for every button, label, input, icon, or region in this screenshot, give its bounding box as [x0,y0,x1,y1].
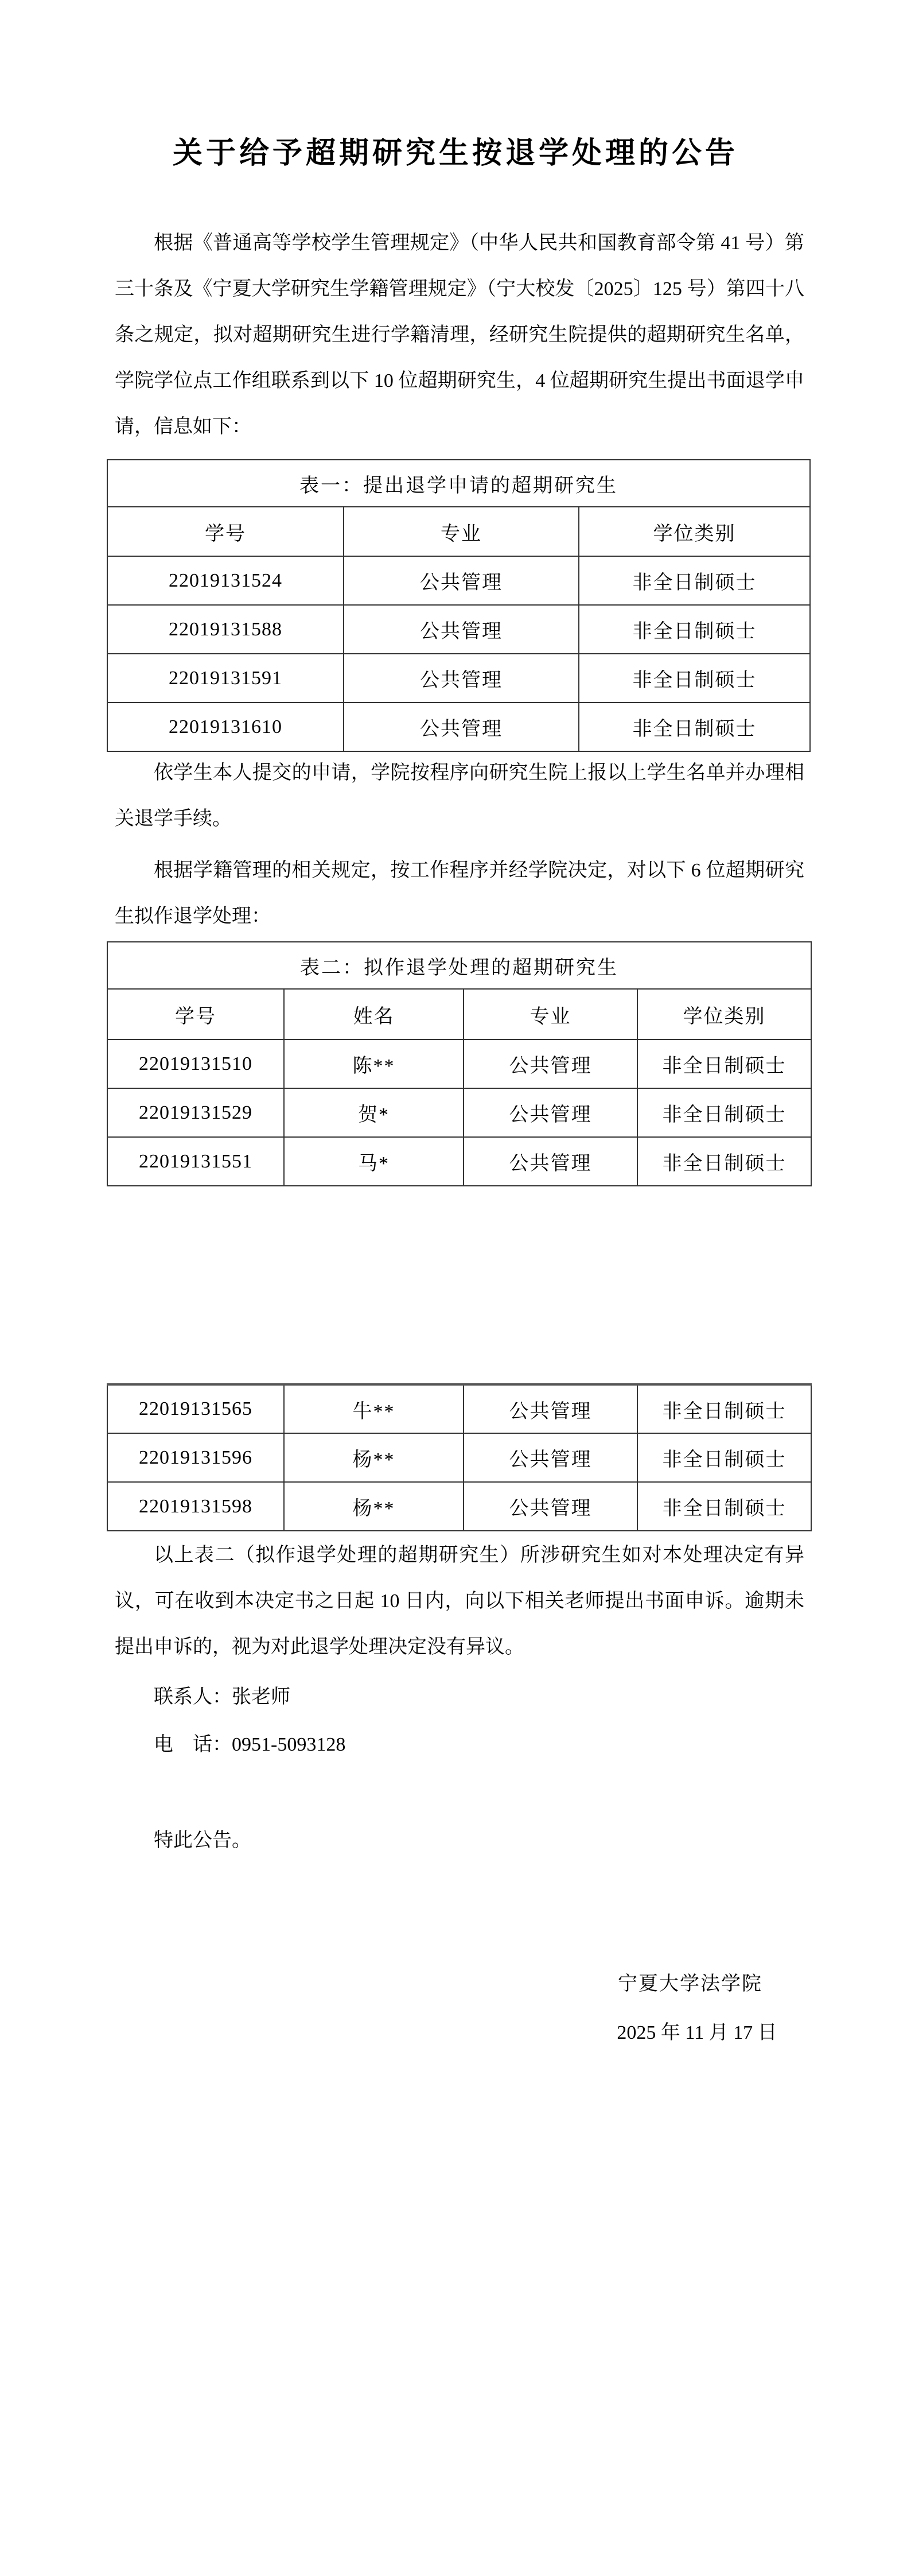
table-cell-degree-type: 非全日制硕士 [637,1039,811,1088]
table1-caption: 表一：提出退学申请的超期研究生 [107,460,810,507]
table-cell-degree-type: 非全日制硕士 [579,556,810,605]
table-cell-student-id: 22019131610 [107,703,344,751]
table-cell-name: 杨** [284,1433,464,1482]
table1-header-major: 专业 [344,507,579,556]
signature-date: 2025 年 11 月 17 日 [554,2010,840,2056]
table-cell-degree-type: 非全日制硕士 [579,605,810,654]
table-cell-major: 公共管理 [464,1088,637,1137]
table-row: 22019131510 陈** 公共管理 非全日制硕士 [107,1039,811,1088]
table-cell-student-id: 22019131510 [107,1039,284,1088]
table-row: 22019131565 牛** 公共管理 非全日制硕士 [107,1384,811,1433]
contact-phone-line: 电 话：0951-5093128 [115,1722,804,1768]
table-row: 表一：提出退学申请的超期研究生 [107,460,810,507]
announcement-page: 关于给予超期研究生按退学处理的公告 根据《普通高等学校学生管理规定》（中华人民共… [0,0,911,2576]
table-cell-degree-type: 非全日制硕士 [579,654,810,703]
signature-organization: 宁夏大学法学院 [547,1961,834,2007]
table-cell-major: 公共管理 [464,1433,637,1482]
table-proposed-withdrawal-part1: 表二：拟作退学处理的超期研究生 学号 姓名 专业 学位类别 2201913151… [107,941,812,1186]
table-proposed-withdrawal-part2: 22019131565 牛** 公共管理 非全日制硕士 22019131596 … [107,1383,812,1531]
table-header-row: 学号 姓名 专业 学位类别 [107,989,811,1039]
table-cell-degree-type: 非全日制硕士 [637,1088,811,1137]
table1-header-student-id: 学号 [107,507,344,556]
table-cell-student-id: 22019131565 [107,1384,284,1433]
table-cell-name: 贺* [284,1088,464,1137]
table-cell-major: 公共管理 [464,1137,637,1186]
table-row: 22019131596 杨** 公共管理 非全日制硕士 [107,1433,811,1482]
table-cell-major: 公共管理 [344,654,579,703]
table-cell-major: 公共管理 [344,605,579,654]
closing-line: 特此公告。 [115,1818,804,1864]
table-cell-student-id: 22019131588 [107,605,344,654]
table-cell-major: 公共管理 [464,1482,637,1531]
table-cell-degree-type: 非全日制硕士 [637,1433,811,1482]
table1-header-degree-type: 学位类别 [579,507,810,556]
table-row: 22019131588 公共管理 非全日制硕士 [107,605,810,654]
table-row: 22019131551 马* 公共管理 非全日制硕士 [107,1137,811,1186]
table-cell-student-id: 22019131529 [107,1088,284,1137]
table-row: 22019131610 公共管理 非全日制硕士 [107,703,810,751]
table-row: 22019131529 贺* 公共管理 非全日制硕士 [107,1088,811,1137]
table-cell-student-id: 22019131591 [107,654,344,703]
table-cell-student-id: 22019131551 [107,1137,284,1186]
table-cell-student-id: 22019131524 [107,556,344,605]
table-cell-degree-type: 非全日制硕士 [579,703,810,751]
document-title: 关于给予超期研究生按退学处理的公告 [0,132,911,176]
table2-header-student-id: 学号 [107,989,284,1039]
table-row: 22019131591 公共管理 非全日制硕士 [107,654,810,703]
table-cell-student-id: 22019131598 [107,1482,284,1531]
paragraph-proposed-dismissal: 根据学籍管理的相关规定，按工作程序并经学院决定，对以下 6 位超期研究生拟作退学… [115,848,804,940]
paragraph-report-procedure: 依学生本人提交的申请，学院按程序向研究生院上报以上学生名单并办理相关退学手续。 [115,750,804,842]
table-row: 表二：拟作退学处理的超期研究生 [107,942,811,989]
contact-person-line: 联系人：张老师 [115,1674,804,1720]
table-row: 22019131524 公共管理 非全日制硕士 [107,556,810,605]
table-cell-name: 杨** [284,1482,464,1531]
table-cell-name: 马* [284,1137,464,1186]
table2-header-name: 姓名 [284,989,464,1039]
table-cell-degree-type: 非全日制硕士 [637,1384,811,1433]
table-cell-name: 牛** [284,1384,464,1433]
paragraph-legal-basis: 根据《普通高等学校学生管理规定》（中华人民共和国教育部令第 41 号）第三十条及… [115,220,804,450]
table2-header-degree-type: 学位类别 [637,989,811,1039]
table-cell-major: 公共管理 [344,703,579,751]
table2-header-major: 专业 [464,989,637,1039]
table-cell-name: 陈** [284,1039,464,1088]
table-cell-major: 公共管理 [464,1384,637,1433]
table-cell-degree-type: 非全日制硕士 [637,1137,811,1186]
table-header-row: 学号 专业 学位类别 [107,507,810,556]
table-cell-student-id: 22019131596 [107,1433,284,1482]
table-withdrawal-applicants: 表一：提出退学申请的超期研究生 学号 专业 学位类别 22019131524 公… [107,459,811,752]
paragraph-appeal-notice: 以上表二（拟作退学处理的超期研究生）所涉研究生如对本处理决定有异议，可在收到本决… [115,1533,804,1670]
table-row: 22019131598 杨** 公共管理 非全日制硕士 [107,1482,811,1531]
table-cell-degree-type: 非全日制硕士 [637,1482,811,1531]
table2-caption: 表二：拟作退学处理的超期研究生 [107,942,811,989]
table-cell-major: 公共管理 [344,556,579,605]
table-cell-major: 公共管理 [464,1039,637,1088]
